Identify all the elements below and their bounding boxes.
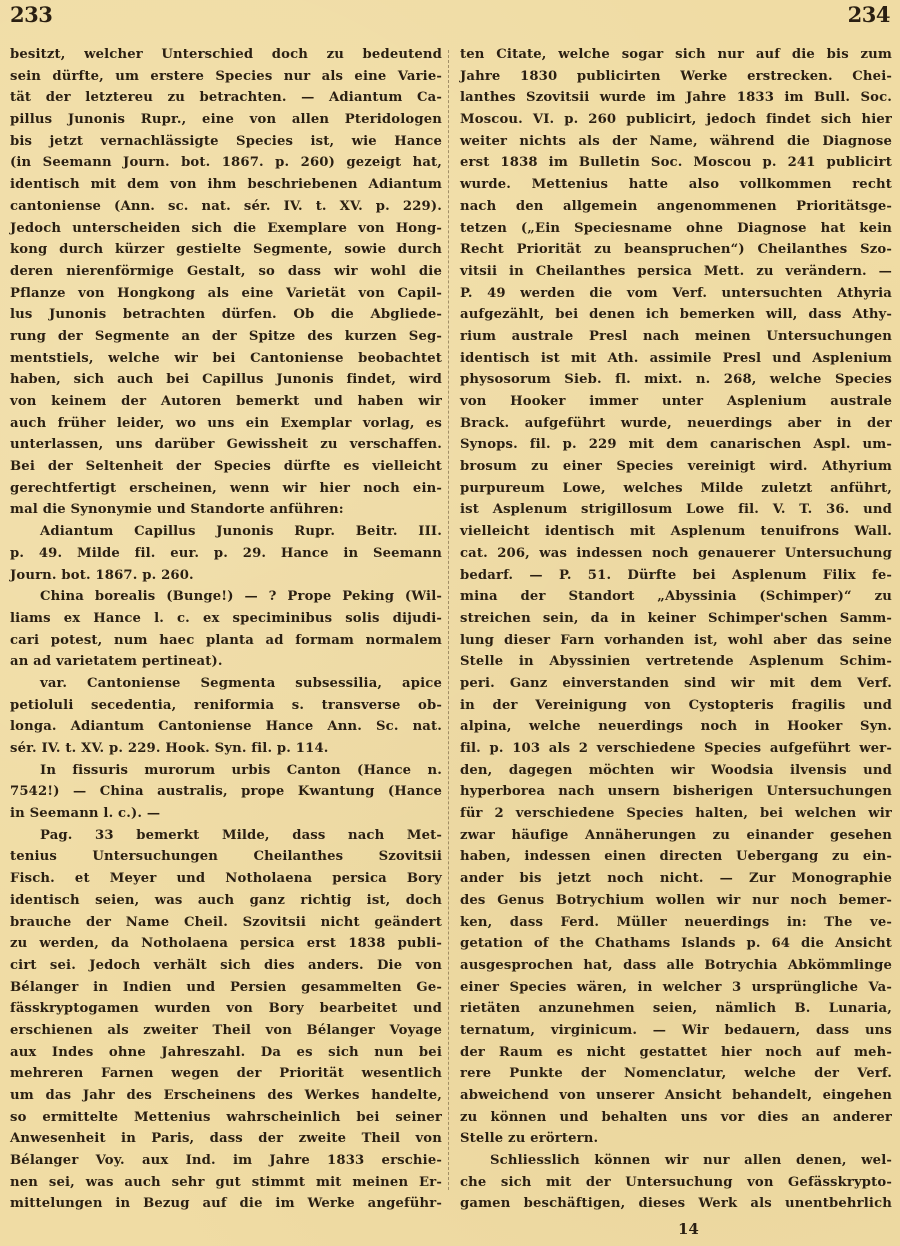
text-line: Stelle zu erörtern. xyxy=(460,1128,892,1150)
text-line: 7542!) — China australis, prope Kwantung… xyxy=(10,781,442,803)
text-line: in Seemann l. c.). — xyxy=(10,803,442,825)
text-line: für 2 verschiedene Species halten, bei w… xyxy=(460,803,892,825)
text-line: tenius Untersuchungen Cheilanthes Szovit… xyxy=(10,846,442,868)
text-line: den, dagegen möchten wir Woodsia ilvensi… xyxy=(460,760,892,782)
text-line: streichen sein, da in keiner Schimper'sc… xyxy=(460,608,892,630)
text-line: zu werden, da Notholaena persica erst 18… xyxy=(10,933,442,955)
text-line: liams ex Hance l. c. ex speciminibus sol… xyxy=(10,608,442,630)
text-line: longa. Adiantum Cantoniense Hance Ann. S… xyxy=(10,716,442,738)
text-line: so ermittelte Mettenius wahrscheinlich b… xyxy=(10,1107,442,1129)
text-line: Jahre 1830 publicirten Werke erstrecken.… xyxy=(460,66,892,88)
right-column-text: ten Citate, welche sogar sich nur auf di… xyxy=(460,44,892,1215)
text-line: nach den allgemein angenommenen Prioritä… xyxy=(460,196,892,218)
text-line: aufgezählt, bei denen ich bemerken will,… xyxy=(460,304,892,326)
text-line: lanthes Szovitsii wurde im Jahre 1833 im… xyxy=(460,87,892,109)
text-line: nen sei, was auch sehr gut stimmt mit me… xyxy=(10,1172,442,1194)
text-line: che sich mit der Untersuchung von Gefäss… xyxy=(460,1172,892,1194)
text-line: mentstiels, welche wir bei Cantoniense b… xyxy=(10,348,442,370)
text-line: Adiantum Capillus Junonis Rupr. Beitr. I… xyxy=(10,521,442,543)
text-line: getation of the Chathams Islands p. 64 d… xyxy=(460,933,892,955)
text-line: abweichend von unserer Ansicht behandelt… xyxy=(460,1085,892,1107)
text-line: der Raum es nicht gestattet hier noch au… xyxy=(460,1042,892,1064)
text-line: physosorum Sieb. fl. mixt. n. 268, welch… xyxy=(460,369,892,391)
text-line: rium australe Presl nach meinen Untersuc… xyxy=(460,326,892,348)
text-line: (in Seemann Journ. bot. 1867. p. 260) ge… xyxy=(10,152,442,174)
text-line: cantoniense (Ann. sc. nat. sér. IV. t. X… xyxy=(10,196,442,218)
text-line: fil. p. 103 als 2 verschiedene Species a… xyxy=(460,738,892,760)
text-line: China borealis (Bunge!) — ? Prope Peking… xyxy=(10,586,442,608)
text-line: Stelle in Abyssinien vertretende Asplenu… xyxy=(460,651,892,673)
text-line: ten Citate, welche sogar sich nur auf di… xyxy=(460,44,892,66)
text-line: tetzen („Ein Speciesname ohne Diagnose h… xyxy=(460,218,892,240)
column-divider xyxy=(448,50,449,1190)
text-line: von keinem der Autoren bemerkt und haben… xyxy=(10,391,442,413)
text-line: mittelungen in Bezug auf die im Werke an… xyxy=(10,1193,442,1215)
text-line: Synops. fil. p. 229 mit dem canarischen … xyxy=(460,434,892,456)
text-line: aux Indes ohne Jahreszahl. Da es sich nu… xyxy=(10,1042,442,1064)
text-line: rung der Segmente an der Spitze des kurz… xyxy=(10,326,442,348)
text-line: lus Junonis betrachten dürfen. Ob die Ab… xyxy=(10,304,442,326)
text-line: bedarf. — P. 51. Dürfte bei Asplenum Fil… xyxy=(460,565,892,587)
text-line: einer Species wären, in welcher 3 ursprü… xyxy=(460,977,892,999)
text-line: auch früher leider, wo uns ein Exemplar … xyxy=(10,413,442,435)
text-line: hyperborea nach unsern bisherigen Unters… xyxy=(460,781,892,803)
text-line: Journ. bot. 1867. p. 260. xyxy=(10,565,442,587)
signature-mark: 14 xyxy=(678,1220,699,1238)
text-line: petioluli secedentia, reniformia s. tran… xyxy=(10,695,442,717)
text-line: peri. Ganz einverstanden sind wir mit de… xyxy=(460,673,892,695)
text-line: unterlassen, uns darüber Gewissheit zu v… xyxy=(10,434,442,456)
text-line: deren nierenförmige Gestalt, so dass wir… xyxy=(10,261,442,283)
text-line: bis jetzt vernachlässigte Species ist, w… xyxy=(10,131,442,153)
text-line: von Hooker immer unter Asplenium austral… xyxy=(460,391,892,413)
text-line: In fissuris murorum urbis Canton (Hance … xyxy=(10,760,442,782)
text-line: mehreren Farnen wegen der Priorität wese… xyxy=(10,1063,442,1085)
text-line: brosum zu einer Species vereinigt wird. … xyxy=(460,456,892,478)
text-line: besitzt, welcher Unterschied doch zu bed… xyxy=(10,44,442,66)
text-line: Brack. aufgeführt wurde, neuerdings aber… xyxy=(460,413,892,435)
text-line: gamen beschäftigen, dieses Werk als unen… xyxy=(460,1193,892,1215)
text-line: ausgesprochen hat, dass alle Botrychia A… xyxy=(460,955,892,977)
text-line: weiter nichts als der Name, während die … xyxy=(460,131,892,153)
text-line: Jedoch unterscheiden sich die Exemplare … xyxy=(10,218,442,240)
text-line: Anwesenheit in Paris, dass der zweite Th… xyxy=(10,1128,442,1150)
book-page-spread: 233 234 besitzt, welcher Unterschied doc… xyxy=(0,0,900,1246)
text-line: ternatum, virginicum. — Wir bedauern, da… xyxy=(460,1020,892,1042)
text-line: rere Punkte der Nomenclatur, welche der … xyxy=(460,1063,892,1085)
text-line: purpureum Lowe, welches Milde zuletzt an… xyxy=(460,478,892,500)
text-line: zwar häufige Annäherungen zu einander ge… xyxy=(460,825,892,847)
text-line: var. Cantoniense Segmenta subsessilia, a… xyxy=(10,673,442,695)
text-line: cat. 206, was indessen noch genauerer Un… xyxy=(460,543,892,565)
text-line: an ad varietatem pertineat). xyxy=(10,651,442,673)
text-line: wurde. Mettenius hatte also vollkommen r… xyxy=(460,174,892,196)
text-line: mina der Standort „Abyssinia (Schimper)“… xyxy=(460,586,892,608)
text-line: Schliesslich können wir nur allen denen,… xyxy=(460,1150,892,1172)
text-line: cari potest, num haec planta ad formam n… xyxy=(10,630,442,652)
text-line: Bélanger in Indien und Persien gesammelt… xyxy=(10,977,442,999)
text-line: vitsii in Cheilanthes persica Mett. zu v… xyxy=(460,261,892,283)
text-line: pillus Junonis Rupr., eine von allen Pte… xyxy=(10,109,442,131)
text-line: Bélanger Voy. aux Ind. im Jahre 1833 ers… xyxy=(10,1150,442,1172)
text-line: P. 49 werden die vom Verf. untersuchten … xyxy=(460,283,892,305)
text-line: Pflanze von Hongkong als eine Varietät v… xyxy=(10,283,442,305)
text-line: tät der letztereu zu betrachten. — Adian… xyxy=(10,87,442,109)
text-line: mal die Synonymie und Standorte anführen… xyxy=(10,499,442,521)
text-line: vielleicht identisch mit Asplenum tenuif… xyxy=(460,521,892,543)
text-line: cirt sei. Jedoch verhält sich dies ander… xyxy=(10,955,442,977)
text-line: alpina, welche neuerdings noch in Hooker… xyxy=(460,716,892,738)
text-line: des Genus Botrychium wollen wir nur noch… xyxy=(460,890,892,912)
text-line: erst 1838 im Bulletin Soc. Moscou p. 241… xyxy=(460,152,892,174)
text-line: zu können und behalten uns vor dies an a… xyxy=(460,1107,892,1129)
text-line: identisch ist mit Ath. assimile Presl un… xyxy=(460,348,892,370)
left-column-text: besitzt, welcher Unterschied doch zu bed… xyxy=(10,44,442,1215)
text-line: sein dürfte, um erstere Species nur als … xyxy=(10,66,442,88)
text-line: gerechtfertigt erscheinen, wenn wir hier… xyxy=(10,478,442,500)
text-line: p. 49. Milde fil. eur. p. 29. Hance in S… xyxy=(10,543,442,565)
text-line: Recht Priorität zu beanspruchen“) Cheila… xyxy=(460,239,892,261)
text-line: identisch mit dem von ihm beschriebenen … xyxy=(10,174,442,196)
text-line: haben, sich auch bei Capillus Junonis fi… xyxy=(10,369,442,391)
text-line: erschienen als zweiter Theil von Bélange… xyxy=(10,1020,442,1042)
text-line: fässkryptogamen wurden von Bory bearbeit… xyxy=(10,998,442,1020)
page-number-left: 233 xyxy=(10,2,52,27)
text-line: um das Jahr des Erscheinens des Werkes h… xyxy=(10,1085,442,1107)
text-line: Moscou. VI. p. 260 publicirt, jedoch fin… xyxy=(460,109,892,131)
text-line: ander bis jetzt noch nicht. — Zur Monogr… xyxy=(460,868,892,890)
text-line: Fisch. et Meyer und Notholaena persica B… xyxy=(10,868,442,890)
page-number-right: 234 xyxy=(848,2,890,27)
text-line: rietäten anzunehmen seien, nämlich B. Lu… xyxy=(460,998,892,1020)
text-line: identisch seien, was auch ganz richtig i… xyxy=(10,890,442,912)
text-line: brauche der Name Cheil. Szovitsii nicht … xyxy=(10,912,442,934)
text-line: in der Vereinigung von Cystopteris fragi… xyxy=(460,695,892,717)
text-line: haben, indessen einen directen Uebergang… xyxy=(460,846,892,868)
text-line: lung dieser Farn vorhanden ist, wohl abe… xyxy=(460,630,892,652)
text-line: Bei der Seltenheit der Species dürfte es… xyxy=(10,456,442,478)
text-line: kong durch kürzer gestielte Segmente, so… xyxy=(10,239,442,261)
text-line: Pag. 33 bemerkt Milde, dass nach Met- xyxy=(10,825,442,847)
text-line: sér. IV. t. XV. p. 229. Hook. Syn. fil. … xyxy=(10,738,442,760)
text-line: ken, dass Ferd. Müller neuerdings in: Th… xyxy=(460,912,892,934)
text-line: ist Asplenum strigillosum Lowe fil. V. T… xyxy=(460,499,892,521)
